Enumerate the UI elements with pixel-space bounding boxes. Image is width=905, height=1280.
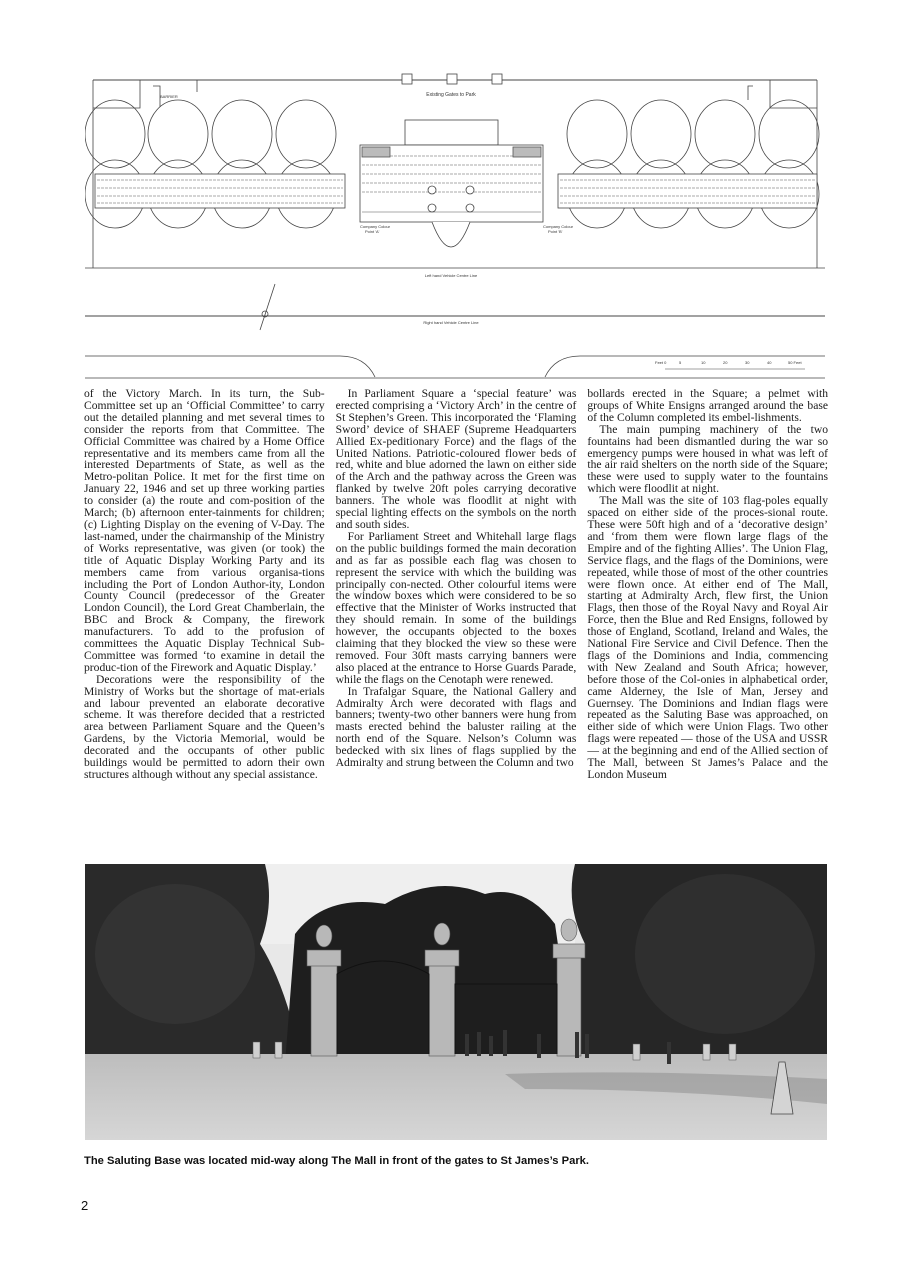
paragraph: In Trafalgar Square, the National Galler…: [336, 686, 577, 769]
paragraph: of the Victory March. In its turn, the S…: [84, 388, 325, 674]
page-number: 2: [81, 1198, 88, 1213]
svg-text:20: 20: [723, 360, 728, 365]
saluting-base-plan-diagram: Existing Gates to Park BARRIER Company C…: [85, 72, 825, 380]
colour-point-a-sublabel: Point 'A': [365, 229, 380, 234]
right-centre-line-label: Right hand Vehicle Centre Line: [423, 320, 479, 325]
article-column-3: bollards erected in the Square; a pelmet…: [587, 388, 828, 781]
paragraph: Decorations were the responsibility of t…: [84, 674, 325, 781]
article-column-1: of the Victory March. In its turn, the S…: [84, 388, 325, 781]
paragraph: In Parliament Square a ‘special feature’…: [336, 388, 577, 531]
article-column-2: In Parliament Square a ‘special feature’…: [336, 388, 577, 781]
svg-text:30: 30: [745, 360, 750, 365]
paragraph: The Mall was the site of 103 flag-poles …: [587, 495, 828, 781]
svg-text:40: 40: [767, 360, 772, 365]
article-body: of the Victory March. In its turn, the S…: [84, 388, 828, 781]
paragraph: The main pumping machinery of the two fo…: [587, 424, 828, 495]
paragraph: bollards erected in the Square; a pelmet…: [587, 388, 828, 424]
colour-point-b-sublabel: Point 'B': [548, 229, 563, 234]
park-gates-photo-illustration: [85, 864, 827, 1140]
gates-label: Existing Gates to Park: [426, 92, 476, 98]
paragraph: For Parliament Street and Whitehall larg…: [336, 531, 577, 686]
svg-text:5: 5: [679, 360, 682, 365]
svg-text:10: 10: [701, 360, 706, 365]
saluting-base-photo: [85, 864, 827, 1140]
scale-bar: Feet 0 5 10 20 30 40 50 Feet: [655, 360, 805, 369]
svg-text:50 Feet: 50 Feet: [788, 360, 802, 365]
left-centre-line-label: Left hand Vehicle Centre Line: [425, 273, 478, 278]
barrier-label: BARRIER: [160, 94, 178, 99]
photo-caption: The Saluting Base was located mid-way al…: [84, 1155, 589, 1167]
plan-drawing: Existing Gates to Park BARRIER Company C…: [85, 72, 825, 380]
svg-text:Feet 0: Feet 0: [655, 360, 667, 365]
